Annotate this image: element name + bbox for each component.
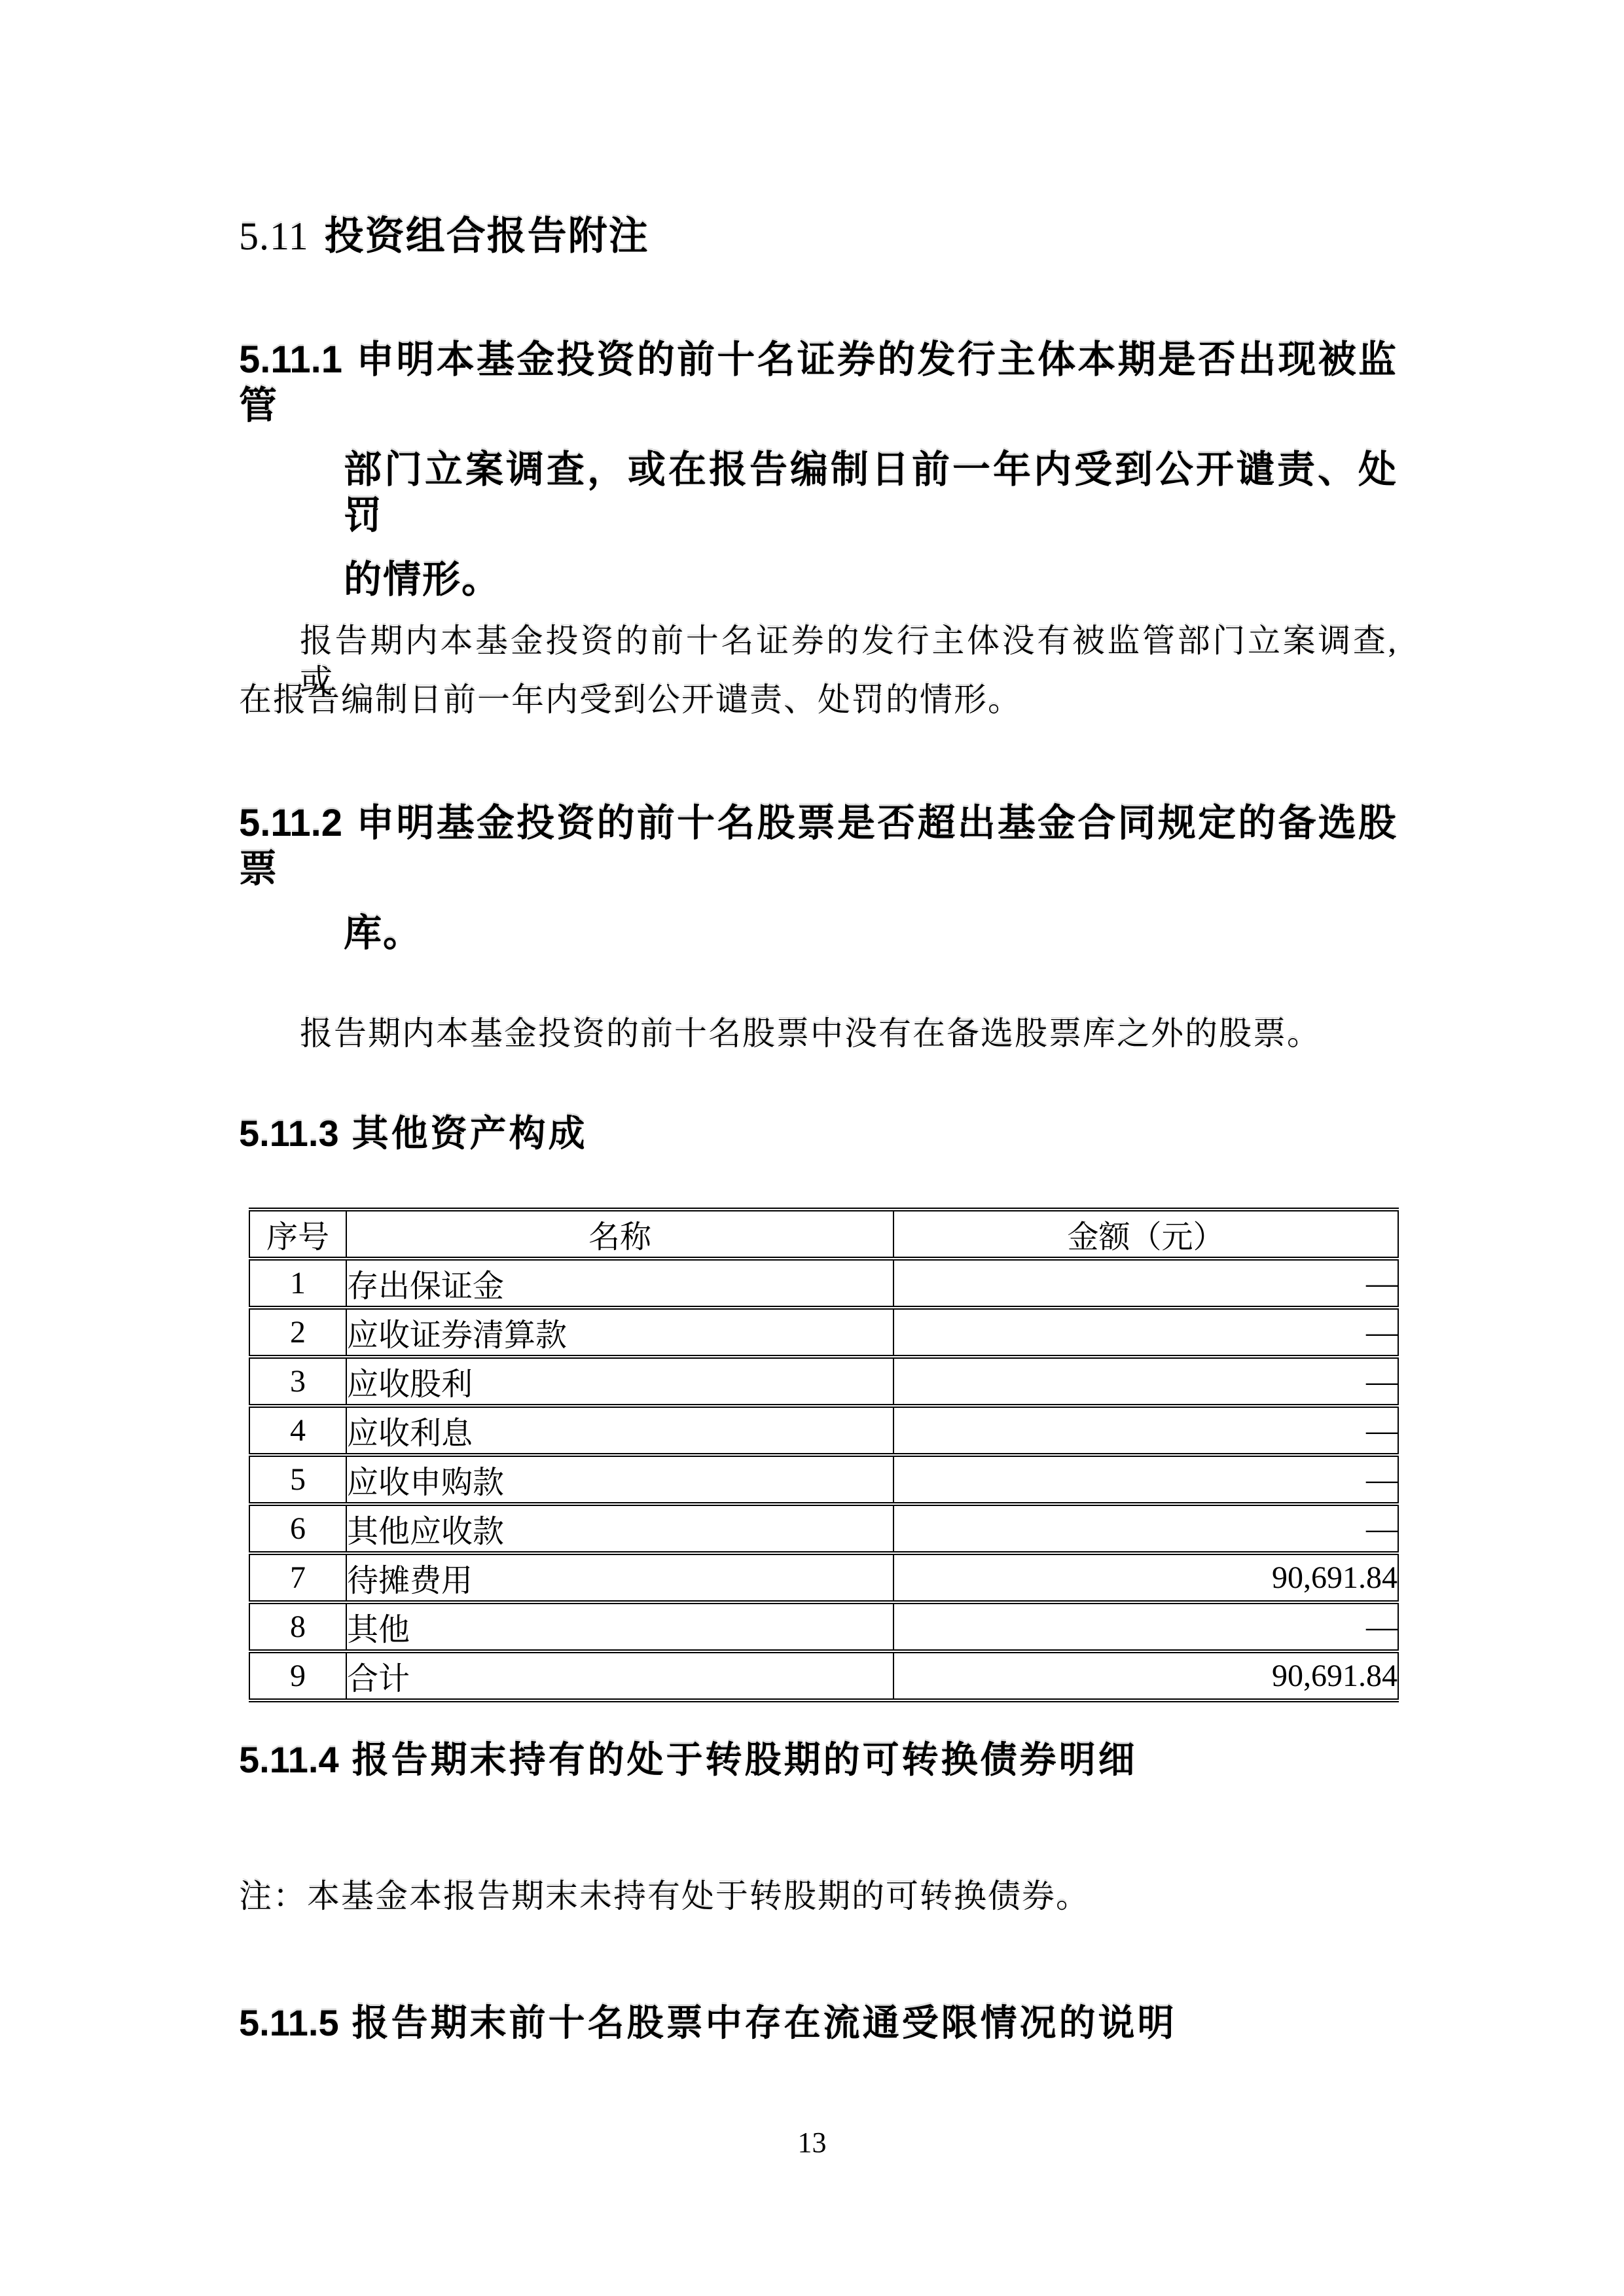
section-number-5-11-1: 5.11.1: [239, 338, 342, 381]
cell-amount: —: [893, 1455, 1398, 1504]
section-title-5-11-2-part2: 库。: [344, 912, 422, 954]
cell-index: 9: [249, 1651, 346, 1700]
section-heading-5-11-3: 5.11.3其他资产构成: [239, 1111, 588, 1157]
table-row: 1 存出保证金 —: [249, 1259, 1398, 1308]
section-title-5-11-3: 其他资产构成: [352, 1114, 588, 1155]
cell-amount: 90,691.84: [893, 1651, 1398, 1700]
paragraph-5-11-2: 报告期内本基金投资的前十名股票中没有在备选股票库之外的股票。: [300, 1013, 1321, 1054]
cell-name: 存出保证金: [346, 1259, 893, 1308]
section-heading-5-11: 5.11投资组合报告附注: [239, 213, 649, 260]
cell-amount: —: [893, 1406, 1398, 1455]
cell-name: 待摊费用: [346, 1553, 893, 1602]
col-header-index: 序号: [249, 1210, 346, 1259]
col-header-amount: 金额（元）: [893, 1210, 1398, 1259]
section-title-5-11-2-part1: 申明基金投资的前十名股票是否超出基金合同规定的备选股票: [239, 802, 1398, 890]
section-number-5-11-3: 5.11.3: [239, 1113, 339, 1154]
cell-index: 6: [249, 1504, 346, 1553]
cell-name: 其他: [346, 1602, 893, 1651]
cell-amount: —: [893, 1308, 1398, 1357]
cell-name: 其他应收款: [346, 1504, 893, 1553]
cell-amount: —: [893, 1357, 1398, 1406]
cell-index: 7: [249, 1553, 346, 1602]
table-row: 5 应收申购款 —: [249, 1455, 1398, 1504]
note-5-11-4-text: 注：本基金本报告期末未持有处于转股期的可转换债券。: [239, 1878, 1090, 1914]
cell-amount: —: [893, 1602, 1398, 1651]
page-number: 13: [0, 2126, 1624, 2159]
other-assets-table-container: 序号 名称 金额（元） 1 存出保证金 — 2 应收证券清算款 — 3 应收股利…: [249, 1208, 1399, 1702]
section-heading-5-11-1-line3: 的情形。: [344, 557, 501, 603]
section-heading-5-11-2-line2: 库。: [344, 910, 422, 956]
section-number-5-11-4: 5.11.4: [239, 1739, 339, 1780]
paragraph-5-11-1-text2: 在报告编制日前一年内受到公开谴责、处罚的情形。: [239, 681, 1022, 718]
cell-amount: —: [893, 1259, 1398, 1308]
section-heading-5-11-1-line2: 部门立案调查，或在报告编制日前一年内受到公开谴责、处罚: [344, 447, 1398, 539]
section-number-5-11: 5.11: [239, 215, 309, 258]
table-row: 3 应收股利 —: [249, 1357, 1398, 1406]
cell-name: 应收利息: [346, 1406, 893, 1455]
paragraph-5-11-1-line2: 在报告编制日前一年内受到公开谴责、处罚的情形。: [239, 679, 1022, 720]
table-row: 8 其他 —: [249, 1602, 1398, 1651]
table-row: 4 应收利息 —: [249, 1406, 1398, 1455]
col-header-name: 名称: [346, 1210, 893, 1259]
cell-name: 应收申购款: [346, 1455, 893, 1504]
cell-index: 5: [249, 1455, 346, 1504]
table-row: 7 待摊费用 90,691.84: [249, 1553, 1398, 1602]
cell-amount: 90,691.84: [893, 1553, 1398, 1602]
section-heading-5-11-4: 5.11.4报告期末持有的处于转股期的可转换债券明细: [239, 1738, 1138, 1783]
cell-index: 2: [249, 1308, 346, 1357]
cell-amount: —: [893, 1504, 1398, 1553]
cell-index: 4: [249, 1406, 346, 1455]
table-row-total: 9 合计 90,691.84: [249, 1651, 1398, 1700]
cell-index: 3: [249, 1357, 346, 1406]
paragraph-5-11-2-text: 报告期内本基金投资的前十名股票中没有在备选股票库之外的股票。: [300, 1015, 1321, 1052]
table-row: 6 其他应收款 —: [249, 1504, 1398, 1553]
cell-index: 1: [249, 1259, 346, 1308]
section-heading-5-11-2-line1: 5.11.2申明基金投资的前十名股票是否超出基金合同规定的备选股票: [239, 800, 1398, 892]
section-title-5-11-5: 报告期末前十名股票中存在流通受限情况的说明: [352, 2003, 1177, 2044]
cell-index: 8: [249, 1602, 346, 1651]
section-title-5-11: 投资组合报告附注: [325, 215, 649, 258]
table-header-row: 序号 名称 金额（元）: [249, 1210, 1398, 1259]
other-assets-table: 序号 名称 金额（元） 1 存出保证金 — 2 应收证券清算款 — 3 应收股利…: [249, 1208, 1399, 1702]
section-title-5-11-1-part2: 部门立案调查，或在报告编制日前一年内受到公开谴责、处罚: [344, 448, 1398, 537]
section-heading-5-11-5: 5.11.5报告期末前十名股票中存在流通受限情况的说明: [239, 2001, 1177, 2046]
cell-name: 应收股利: [346, 1357, 893, 1406]
section-heading-5-11-1-line1: 5.11.1申明本基金投资的前十名证券的发行主体本期是否出现被监管: [239, 337, 1398, 429]
section-title-5-11-1-part3: 的情形。: [344, 558, 501, 601]
report-page: { "page": { "number": "13" }, "colors": …: [0, 0, 1624, 2296]
cell-name: 应收证券清算款: [346, 1308, 893, 1357]
section-number-5-11-5: 5.11.5: [239, 2002, 339, 2043]
section-number-5-11-2: 5.11.2: [239, 802, 342, 844]
table-row: 2 应收证券清算款 —: [249, 1308, 1398, 1357]
cell-name: 合计: [346, 1651, 893, 1700]
section-title-5-11-4: 报告期末持有的处于转股期的可转换债券明细: [352, 1740, 1138, 1781]
section-title-5-11-1-part1: 申明本基金投资的前十名证券的发行主体本期是否出现被监管: [239, 338, 1398, 427]
note-5-11-4: 注：本基金本报告期末未持有处于转股期的可转换债券。: [239, 1876, 1090, 1916]
